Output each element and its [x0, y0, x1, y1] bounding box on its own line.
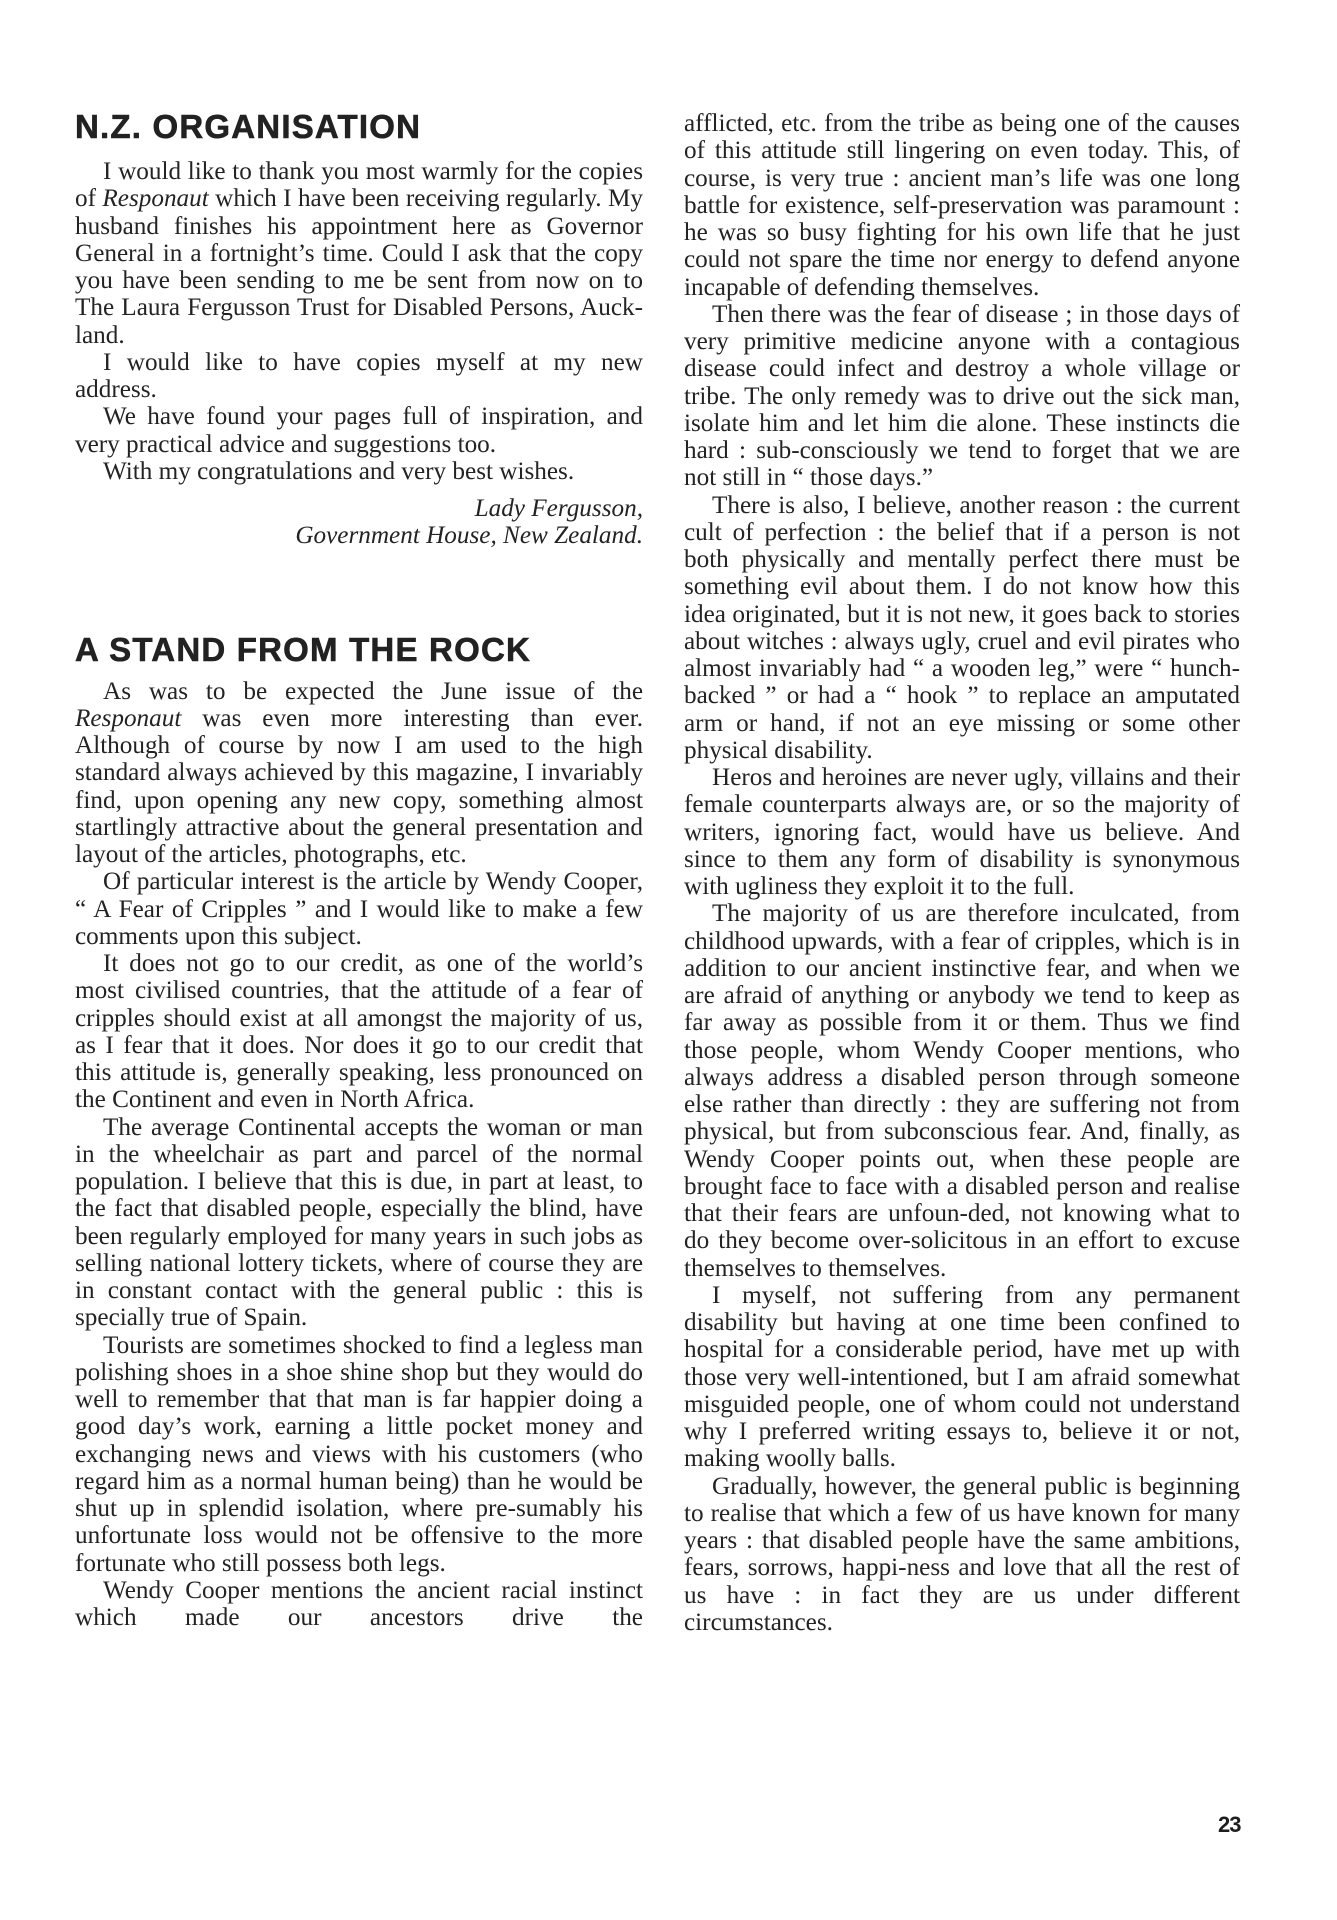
left-column: N.Z. ORGANISATION I would like to thank … — [75, 0, 643, 1631]
paragraph-text: As was to be expected the June issue of … — [103, 678, 643, 705]
right-column: afflicted, etc. from the tribe as being … — [684, 0, 1240, 1636]
article-paragraph: Wendy Cooper mentions the ancient racial… — [75, 1577, 643, 1632]
article-paragraph: Of particular interest is the article by… — [75, 868, 643, 950]
article-paragraph: Gradually, however, the general public i… — [684, 1473, 1240, 1637]
article-heading-nz-organisation: N.Z. ORGANISATION — [75, 110, 643, 144]
article-paragraph-continued: afflicted, etc. from the tribe as being … — [684, 110, 1240, 301]
article-paragraph: Heros and heroines are never ugly, villa… — [684, 764, 1240, 900]
letter-paragraph: I would like to thank you most warmly fo… — [75, 158, 643, 349]
page-number: 23 — [1218, 1812, 1240, 1838]
article-paragraph: Tourists are sometimes shocked to find a… — [75, 1332, 643, 1577]
top-margin — [684, 0, 1240, 110]
signature-address: Government House, New Zealand. — [75, 522, 643, 549]
signature-name: Lady Fergusson, — [75, 495, 643, 522]
letter-paragraph: I would like to have copies myself at my… — [75, 349, 643, 404]
article-paragraph: I myself, not suffering from any permane… — [684, 1282, 1240, 1473]
magazine-title: Responaut — [102, 185, 208, 212]
article-paragraph: There is also, I believe, another reason… — [684, 492, 1240, 765]
article-paragraph: The average Continental accepts the woma… — [75, 1114, 643, 1332]
letter-paragraph: With my congratulations and very best wi… — [75, 458, 643, 485]
article-paragraph: As was to be expected the June issue of … — [75, 678, 643, 869]
article-heading-a-stand-from-the-rock: A STAND FROM THE ROCK — [75, 633, 643, 667]
top-margin — [75, 0, 643, 110]
letter-paragraph: We have found your pages full of inspira… — [75, 403, 643, 458]
article-paragraph: It does not go to our credit, as one of … — [75, 950, 643, 1114]
article-paragraph: The majority of us are therefore inculca… — [684, 900, 1240, 1282]
article-paragraph: Then there was the fear of disease ; in … — [684, 301, 1240, 492]
magazine-title: Responaut — [75, 705, 181, 732]
